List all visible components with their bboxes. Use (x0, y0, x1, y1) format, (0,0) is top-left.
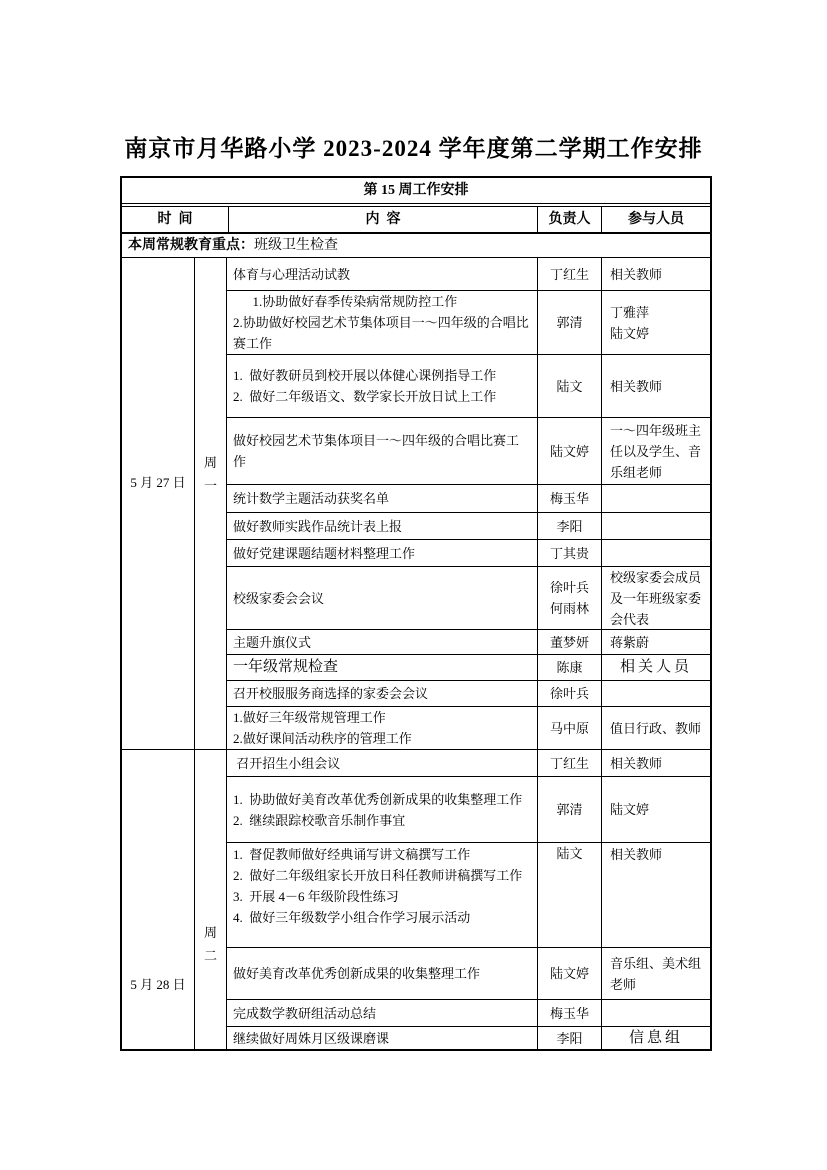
table-row: 一年级常规检查 陈康 相关人员 (227, 655, 710, 681)
column-header-time: 时 间 (122, 207, 229, 232)
column-header-participants: 参与人员 (602, 207, 710, 232)
table-row: 1.做好三年级常规管理工作 2.做好课间活动秩序的管理工作 马中原 值日行政、教… (227, 707, 710, 749)
table-row: 1. 协助做好美育改革优秀创新成果的收集整理工作 2. 继续跟踪校歌音乐制作事宜… (227, 777, 710, 843)
table-row: 体育与心理活动试教 丁红生 相关教师 (227, 258, 710, 291)
table-row: 1. 督促教师做好经典诵写讲文稿撰写工作 2. 做好二年级组家长开放日科任教师讲… (227, 843, 710, 948)
day-group-monday: 5 月 27 日 周 一 体育与心理活动试教 丁红生 相关教师 1.协助做好春季… (122, 258, 710, 750)
task-owner: 董梦妍 (538, 630, 602, 654)
task-owner: 陆文 (538, 843, 602, 947)
document-page: 南京市月华路小学 2023-2024 学年度第二学期工作安排 第 15 周工作安… (0, 0, 827, 1170)
task-owner: 丁红生 (538, 258, 602, 290)
column-header-owner: 负责人 (538, 207, 602, 232)
task-owner: 梅玉华 (538, 1000, 602, 1026)
column-header-row: 时 间 内 容 负责人 参与人员 (122, 207, 710, 234)
task-participants: 一～四年级班主任以及学生、音乐组老师 (602, 418, 710, 484)
table-row: 1. 做好教研员到校开展以体健心课例指导工作 2. 做好二年级语文、数学家长开放… (227, 355, 710, 418)
task-content: 统计数学主题活动获奖名单 (227, 485, 538, 512)
week-title: 第 15 周工作安排 (122, 178, 710, 207)
task-owner: 郭清 (538, 291, 602, 354)
task-content: 召开招生小组会议 (227, 750, 538, 776)
task-owner: 徐叶兵 何雨林 (538, 567, 602, 629)
task-participants: 相关教师 (602, 750, 710, 776)
task-owner: 李阳 (538, 1027, 602, 1049)
task-owner: 李阳 (538, 513, 602, 539)
task-participants: 音乐组、美术组老师 (602, 948, 710, 999)
task-content: 校级家委会会议 (227, 567, 538, 629)
task-participants (602, 1000, 710, 1026)
task-owner: 梅玉华 (538, 485, 602, 512)
weekly-focus-row: 本周常规教育重点： 班级卫生检查 (122, 234, 710, 258)
table-row: 做好党建课题结题材料整理工作 丁其贵 (227, 540, 710, 567)
task-owner: 陆文婷 (538, 948, 602, 999)
table-row: 做好教师实践作品统计表上报 李阳 (227, 513, 710, 540)
column-header-content: 内 容 (229, 207, 538, 232)
task-participants (602, 540, 710, 566)
day-rows: 召开招生小组会议 丁红生 相关教师 1. 协助做好美育改革优秀创新成果的收集整理… (227, 750, 710, 1049)
task-content: 1. 督促教师做好经典诵写讲文稿撰写工作 2. 做好二年级组家长开放日科任教师讲… (227, 843, 538, 947)
task-content: 做好校园艺术节集体项目一～四年级的合唱比赛工作 (227, 418, 538, 484)
task-owner: 丁红生 (538, 750, 602, 776)
task-content: 做好党建课题结题材料整理工作 (227, 540, 538, 566)
task-content: 1.做好三年级常规管理工作 2.做好课间活动秩序的管理工作 (227, 707, 538, 749)
task-participants: 值日行政、教师 (602, 707, 710, 749)
date-cell: 5 月 28 日 (122, 750, 195, 1049)
task-content: 体育与心理活动试教 (227, 258, 538, 290)
table-row: 继续做好周姝月区级课磨课 李阳 信息组 (227, 1027, 710, 1049)
task-participants: 相关教师 (602, 843, 710, 947)
day-rows: 体育与心理活动试教 丁红生 相关教师 1.协助做好春季传染病常规防控工作 2.协… (227, 258, 710, 749)
task-content: 主题升旗仪式 (227, 630, 538, 654)
weekday-cell: 周 二 (195, 750, 227, 1049)
task-participants: 相关教师 (602, 355, 710, 417)
task-participants: 信息组 (602, 1027, 710, 1049)
task-owner: 陆文 (538, 355, 602, 417)
table-row: 做好美育改革优秀创新成果的收集整理工作 陆文婷 音乐组、美术组老师 (227, 948, 710, 1000)
task-content: 做好教师实践作品统计表上报 (227, 513, 538, 539)
task-content: 1.协助做好春季传染病常规防控工作 2.协助做好校园艺术节集体项目一～四年级的合… (227, 291, 538, 354)
task-content: 完成数学教研组活动总结 (227, 1000, 538, 1026)
table-row: 做好校园艺术节集体项目一～四年级的合唱比赛工作 陆文婷 一～四年级班主任以及学生… (227, 418, 710, 485)
task-participants: 校级家委会成员及一年班级家委会代表 (602, 567, 710, 629)
task-participants: 丁雅萍 陆文婷 (602, 291, 710, 354)
table-row: 召开招生小组会议 丁红生 相关教师 (227, 750, 710, 777)
task-content: 一年级常规检查 (227, 655, 538, 680)
task-owner: 陆文婷 (538, 418, 602, 484)
task-participants: 相关教师 (602, 258, 710, 290)
table-row: 统计数学主题活动获奖名单 梅玉华 (227, 485, 710, 513)
task-participants: 蒋紫蔚 (602, 630, 710, 654)
weekly-focus-label: 本周常规教育重点： (128, 235, 254, 256)
weekly-focus-value: 班级卫生检查 (254, 235, 338, 256)
task-content: 1. 做好教研员到校开展以体健心课例指导工作 2. 做好二年级语文、数学家长开放… (227, 355, 538, 417)
date-cell: 5 月 27 日 (122, 258, 195, 749)
schedule-table: 第 15 周工作安排 时 间 内 容 负责人 参与人员 本周常规教育重点： 班级… (120, 176, 712, 1051)
task-owner: 马中原 (538, 707, 602, 749)
task-participants: 相关人员 (602, 655, 710, 680)
task-owner: 陈康 (538, 655, 602, 680)
task-participants: 陆文婷 (602, 777, 710, 842)
task-participants (602, 681, 710, 706)
task-content: 召开校服服务商选择的家委会会议 (227, 681, 538, 706)
task-content: 1. 协助做好美育改革优秀创新成果的收集整理工作 2. 继续跟踪校歌音乐制作事宜 (227, 777, 538, 842)
task-content: 继续做好周姝月区级课磨课 (227, 1027, 538, 1049)
table-row: 校级家委会会议 徐叶兵 何雨林 校级家委会成员及一年班级家委会代表 (227, 567, 710, 630)
table-row: 主题升旗仪式 董梦妍 蒋紫蔚 (227, 630, 710, 655)
task-participants (602, 485, 710, 512)
table-row: 完成数学教研组活动总结 梅玉华 (227, 1000, 710, 1027)
task-participants (602, 513, 710, 539)
table-row: 召开校服服务商选择的家委会会议 徐叶兵 (227, 681, 710, 707)
day-group-tuesday: 5 月 28 日 周 二 召开招生小组会议 丁红生 相关教师 1. 协助做好美育… (122, 750, 710, 1049)
weekday-cell: 周 一 (195, 258, 227, 749)
task-owner: 徐叶兵 (538, 681, 602, 706)
task-content: 做好美育改革优秀创新成果的收集整理工作 (227, 948, 538, 999)
document-title: 南京市月华路小学 2023-2024 学年度第二学期工作安排 (0, 0, 827, 163)
table-row: 1.协助做好春季传染病常规防控工作 2.协助做好校园艺术节集体项目一～四年级的合… (227, 291, 710, 355)
task-owner: 丁其贵 (538, 540, 602, 566)
task-owner: 郭清 (538, 777, 602, 842)
